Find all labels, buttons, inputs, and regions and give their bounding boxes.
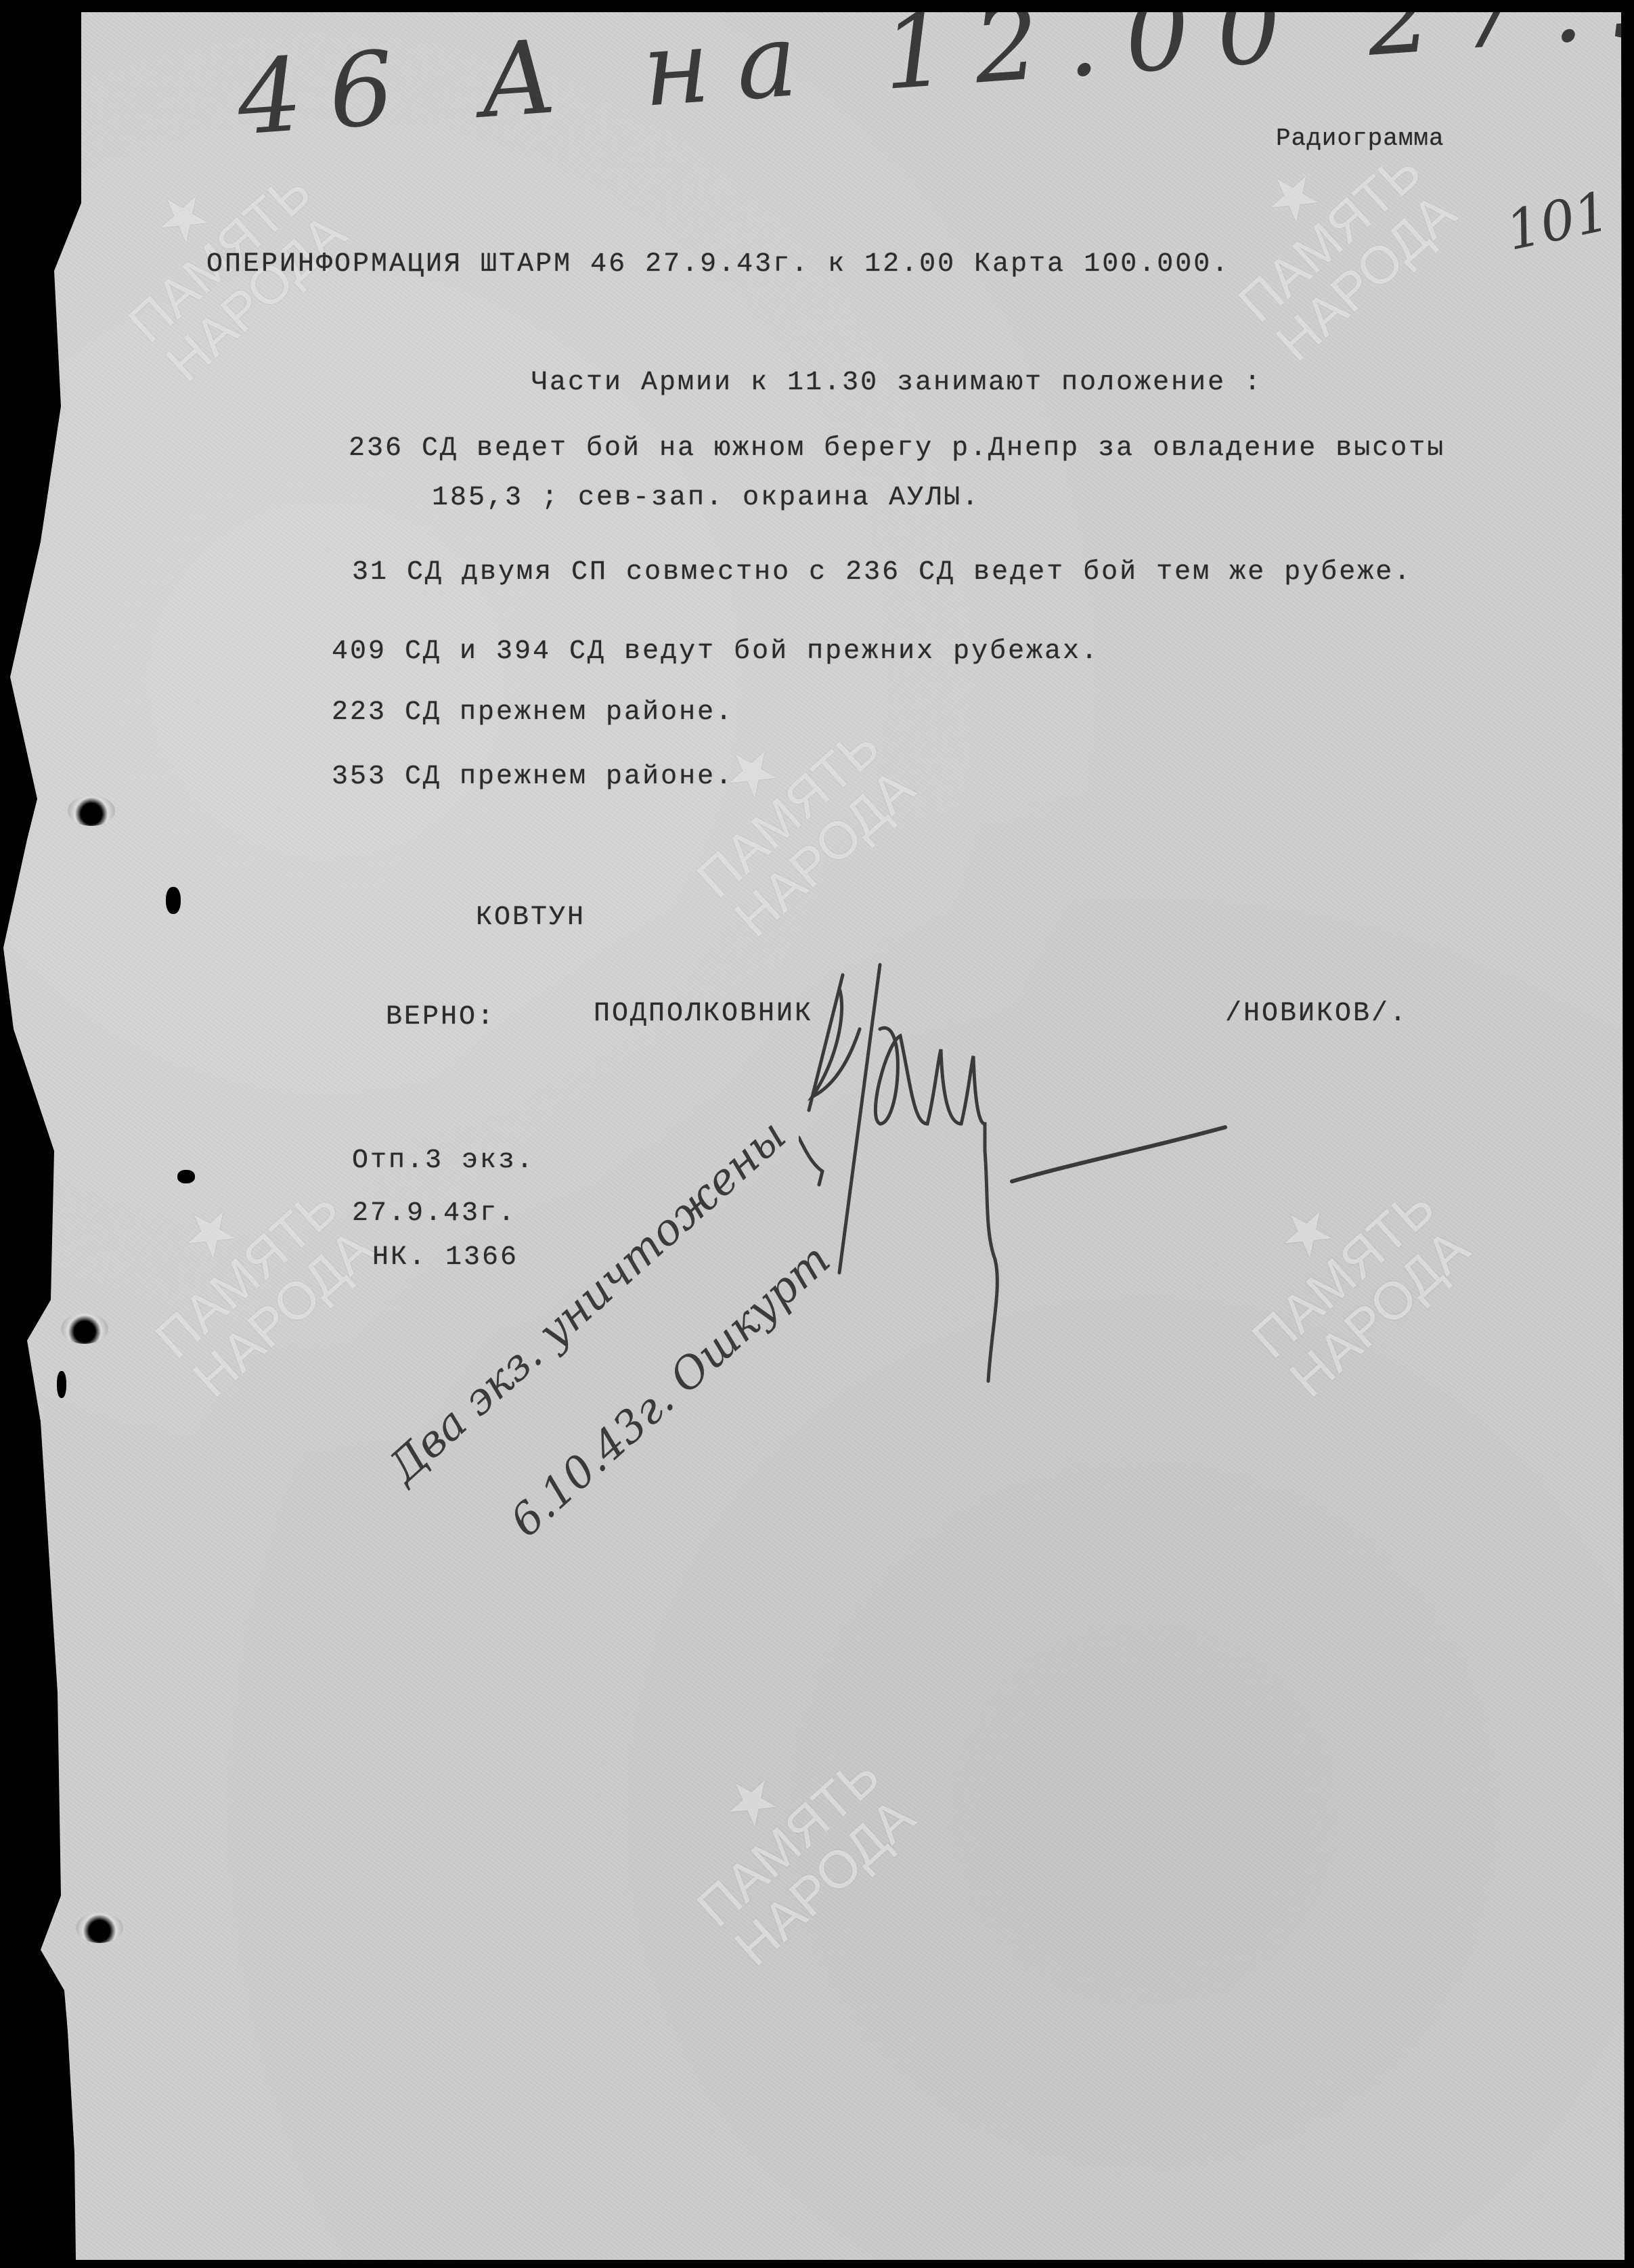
scan-border-bottom [0, 2260, 1634, 2268]
star-icon: ★ [110, 1138, 311, 1327]
ink-spot [57, 1371, 66, 1398]
page-number: 101 [1501, 179, 1615, 263]
signature [799, 948, 1543, 1435]
report-line: 409 СД и 394 СД ведут бой прежних рубежа… [332, 636, 1099, 667]
watermark: ★ПАМЯТЬНАРОДА [651, 1707, 925, 1976]
signatory-name: КОВТУН [476, 902, 586, 933]
handwritten-note-line2: 6.10.43г. Ошкурт [501, 1235, 840, 1547]
report-line: 185,3 ; сев-зап. окраина АУЛЫ. [432, 483, 980, 513]
report-line: 353 СД прежнем районе. [332, 762, 734, 792]
punch-hole [76, 1913, 123, 1943]
document-title: ОПЕРИНФОРМАЦИЯ ШТАРМ 46 27.9.43г. к 12.0… [206, 249, 1230, 280]
report-line: 223 СД прежнем районе. [332, 697, 734, 728]
punch-hole [68, 795, 115, 826]
report-line: 31 СД двумя СП совместно с 236 СД ведет … [352, 557, 1412, 588]
dispatch-copies: Отп.3 экз. [352, 1146, 535, 1176]
document-page: ★ПАМЯТЬНАРОДА ★ПАМЯТЬНАРОДА ★ПАМЯТЬНАРОД… [0, 0, 1634, 2268]
ink-spot [177, 1170, 195, 1183]
star-icon: ★ [651, 1707, 852, 1896]
intro-line: Части Армии к 11.30 занимают положение : [531, 368, 1262, 398]
punch-hole [61, 1313, 108, 1344]
dispatch-date: 27.9.43г. [352, 1198, 516, 1229]
document-type-label: Радиограмма [1276, 125, 1444, 152]
verno-label: ВЕРНО: [386, 1002, 495, 1032]
dispatch-ref: НК. 1366 [372, 1242, 518, 1273]
officer-rank: ПОДПОЛКОВНИК [594, 999, 813, 1029]
scan-border-right [1625, 0, 1634, 2268]
scan-border-top [0, 0, 1634, 12]
watermark: ★ПАМЯТЬНАРОДА [110, 1138, 384, 1408]
report-line: 236 СД ведет бой на южном берегу р.Днепр… [349, 433, 1445, 464]
ink-spot [166, 887, 181, 914]
